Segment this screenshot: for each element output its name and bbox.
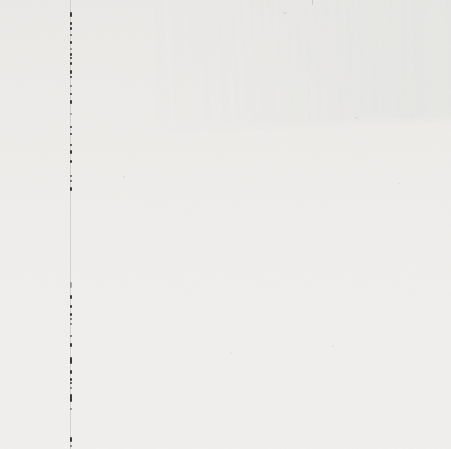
scratch-dash	[70, 343, 72, 347]
upper-right-shade-band	[0, 0, 451, 145]
scratch-dash	[70, 150, 72, 154]
scratch-dash	[70, 48, 72, 50]
dust-speck	[123, 176, 125, 178]
scratch-dash	[70, 126, 72, 128]
scratch-dash	[70, 445, 72, 447]
dust-speck	[398, 182, 400, 184]
scratch-dash	[70, 41, 72, 44]
scratch-dash	[70, 180, 72, 182]
photo-canvas	[0, 0, 451, 449]
scratch-dash	[70, 34, 72, 36]
scratch-dash	[70, 22, 72, 25]
scratch-dash	[70, 113, 72, 115]
scratch-dash	[70, 62, 72, 65]
dust-speck	[230, 352, 232, 354]
scratch-dash	[70, 133, 72, 135]
dust-speck	[355, 117, 358, 119]
scratch-dash	[70, 295, 72, 299]
scratch-dash	[70, 357, 72, 364]
scratch-dash	[70, 323, 72, 325]
scratch-dash	[70, 387, 72, 389]
scratch-dash	[70, 437, 72, 442]
scratch-dash	[70, 187, 72, 191]
scratch-dash	[70, 282, 72, 288]
scratch-dash	[70, 76, 72, 78]
scratch-dash	[70, 382, 72, 384]
scratch-dash	[70, 408, 72, 410]
scratch-dash	[70, 70, 72, 74]
scratch-dash	[70, 378, 72, 381]
scratch-dash	[70, 85, 72, 87]
scratch-dash	[70, 313, 72, 316]
scratch-dash	[70, 93, 72, 95]
scratch-dash	[70, 144, 72, 146]
scratch-dash	[70, 335, 72, 337]
scratch-dash	[70, 160, 72, 163]
scratch-dash	[70, 370, 72, 374]
scratch-dash	[70, 27, 72, 30]
scratch-dash	[70, 100, 72, 104]
scratch-dash	[70, 57, 72, 59]
scratch-dash	[70, 394, 72, 402]
dust-speck	[332, 345, 334, 347]
scratch-dash	[70, 53, 72, 56]
dust-speck	[283, 12, 287, 14]
scratch-dash	[70, 305, 72, 308]
dust-speck	[312, 0, 313, 5]
scratch-dash	[70, 12, 72, 17]
scratch-dash	[70, 175, 72, 177]
scratch-dash	[70, 318, 72, 320]
